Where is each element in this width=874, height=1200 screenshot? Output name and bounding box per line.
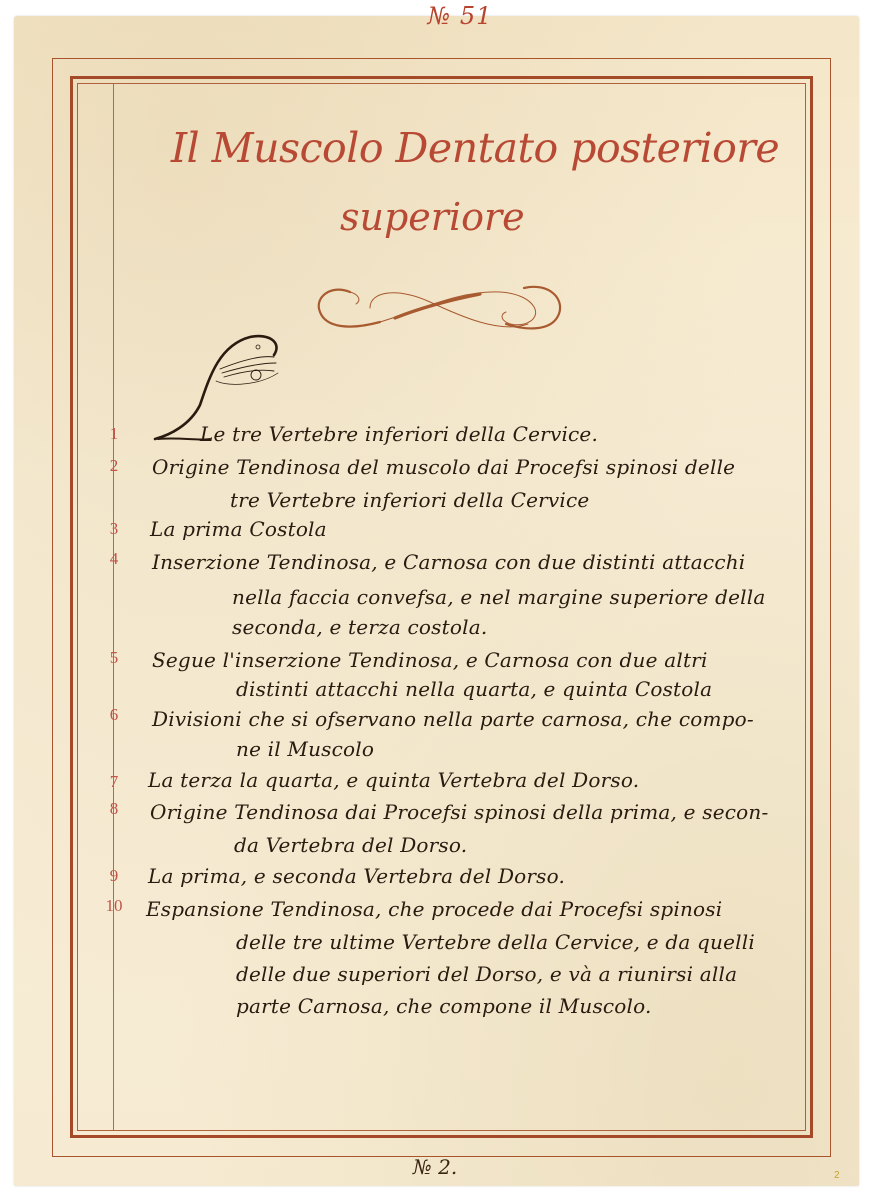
entry-text-line: nella faccia convefsa, e nel margine sup… — [232, 585, 765, 609]
entry-text-line: Divisioni che si ofservano nella parte c… — [152, 707, 754, 731]
entry-text-line: distinti attacchi nella quarta, e quinta… — [236, 677, 712, 701]
entry-text-line: Espansione Tendinosa, che procede dai Pr… — [146, 897, 722, 921]
entry-number: 8 — [94, 799, 134, 819]
catchword: № 2. — [405, 1155, 465, 1179]
folio-number-text: № 51 — [428, 2, 493, 30]
entry-text-line: Origine Tendinosa del muscolo dai Procef… — [152, 455, 735, 479]
decorative-flourish-icon — [310, 278, 570, 338]
entry-text-line: La terza la quarta, e quinta Vertebra de… — [148, 768, 639, 792]
entry-number: 9 — [94, 866, 134, 886]
entry-number: 7 — [94, 772, 134, 792]
corner-mark: 2 — [834, 1170, 840, 1181]
entry-text-line: Inserzione Tendinosa, e Carnosa con due … — [152, 550, 745, 574]
entry-text-line: da Vertebra del Dorso. — [234, 833, 467, 857]
entry-text-line: Segue l'inserzione Tendinosa, e Carnosa … — [152, 648, 708, 672]
page-subtitle: superiore — [340, 198, 540, 236]
entry-number: 4 — [94, 549, 134, 569]
entry-text-line: seconda, e terza costola. — [232, 615, 487, 639]
entry-text-line: tre Vertebre inferiori della Cervice — [230, 488, 589, 512]
entry-number: 1 — [94, 424, 134, 444]
entry-text-line: parte Carnosa, che compone il Muscolo. — [236, 994, 652, 1018]
folio-number: № 51 — [400, 2, 520, 30]
entry-number: 5 — [94, 648, 134, 668]
entry-number: 10 — [94, 896, 134, 916]
entry-text-line: delle due superiori del Dorso, e và a ri… — [236, 962, 737, 986]
margin-rule — [113, 84, 114, 1130]
entry-text-line: delle tre ultime Vertebre della Cervice,… — [236, 930, 755, 954]
entry-number: 3 — [94, 519, 134, 539]
entry-number: 6 — [94, 705, 134, 725]
entry-number: 2 — [94, 456, 134, 476]
entry-text-line: ne il Muscolo — [236, 737, 374, 761]
entry-text-line: Origine Tendinosa dai Procefsi spinosi d… — [150, 800, 768, 824]
entry-text-line: La prima Costola — [150, 517, 327, 541]
entry-text-line: La prima, e seconda Vertebra del Dorso. — [148, 864, 565, 888]
entry-text-line: Le tre Vertebre inferiori della Cervice. — [200, 422, 598, 446]
page-title: Il Muscolo Dentato posteriore — [150, 128, 800, 169]
